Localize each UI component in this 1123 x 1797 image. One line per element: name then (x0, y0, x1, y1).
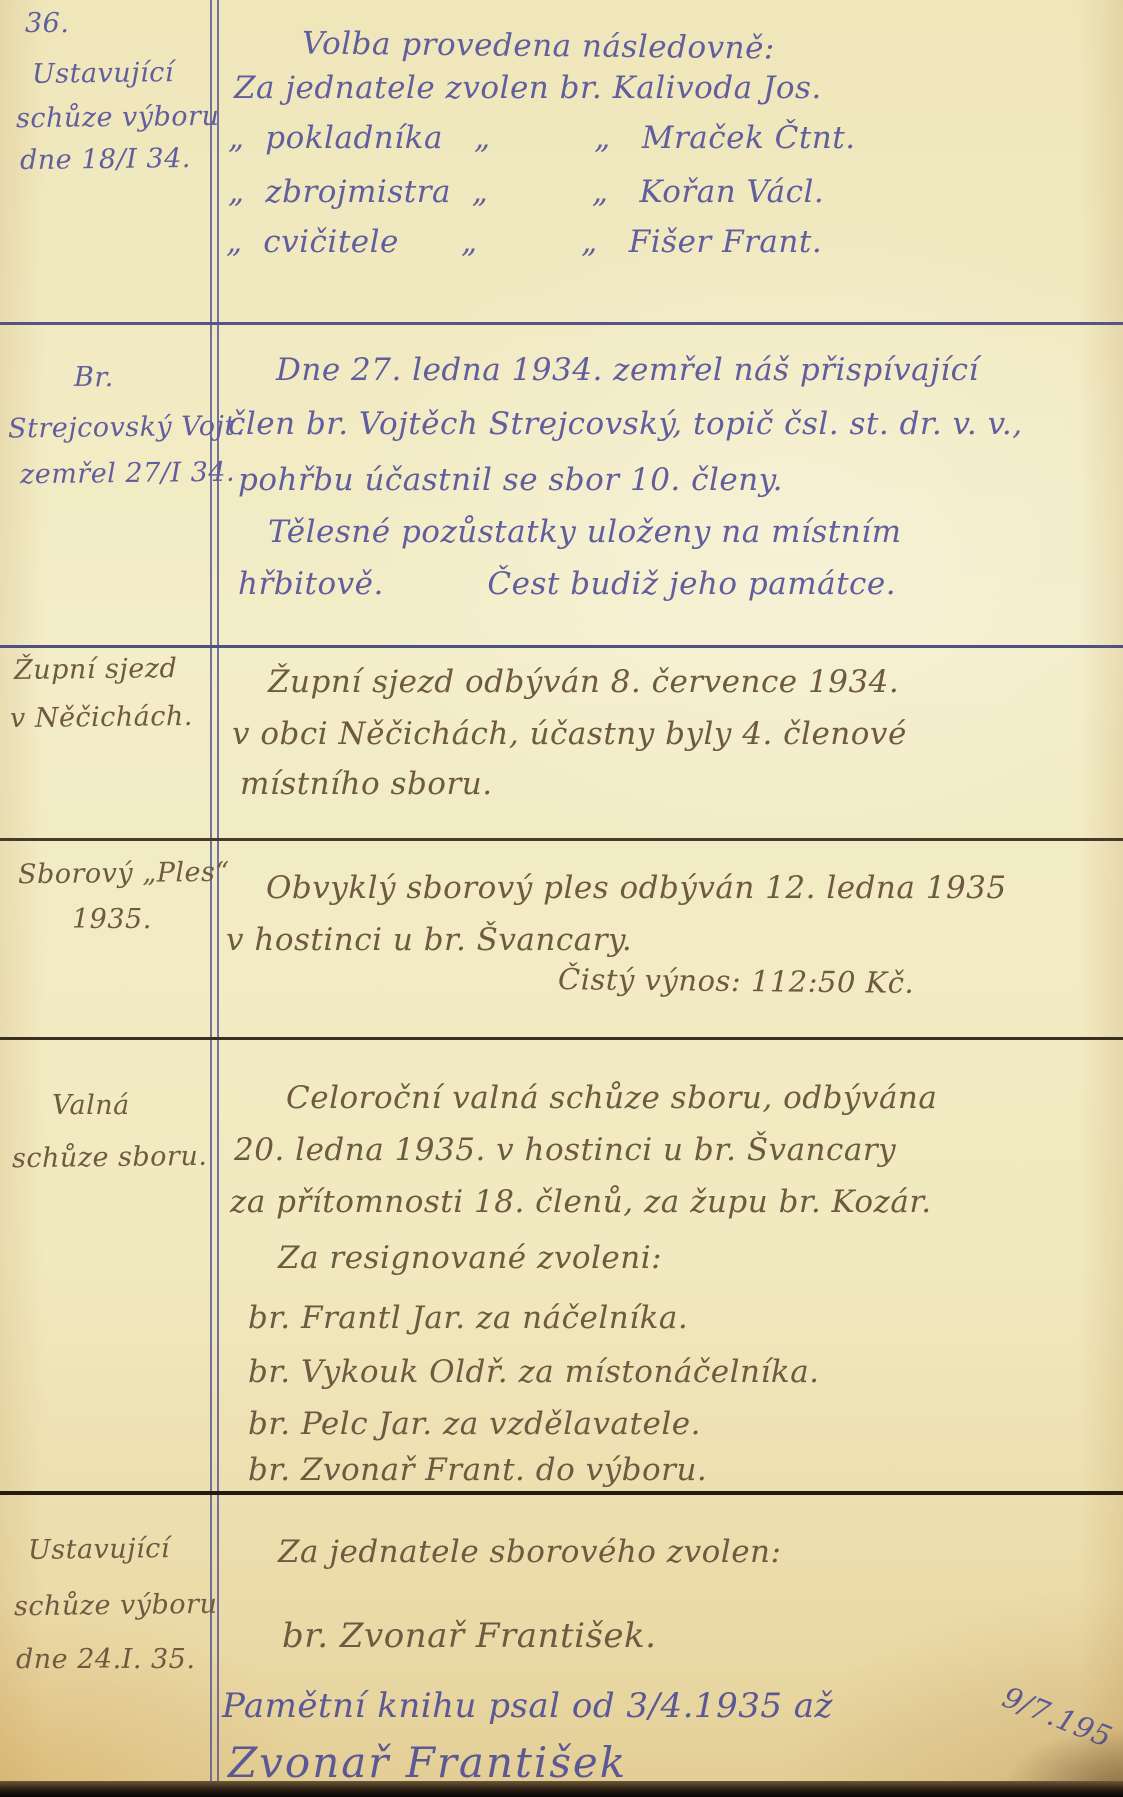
margin-note: zemřel 27/I 34. (20, 457, 235, 491)
margin-note: Strejcovský Vojt. (8, 411, 245, 445)
entry-line: Župní sjezd odbýván 8. července 1934. (268, 664, 899, 700)
entry-line: Celoroční valná schůze sboru, odbývána (286, 1080, 937, 1116)
margin-note: Župní sjezd (14, 653, 178, 686)
entry-line: za přítomnosti 18. členů, za župu br. Ko… (230, 1184, 932, 1220)
margin-note: Sborový „Ples“ (18, 857, 230, 891)
margin-note: schůze výboru (14, 1589, 218, 1622)
page-number: 36. (25, 8, 69, 39)
entry-line: Obvyklý sborový ples odbýván 12. ledna 1… (266, 870, 1007, 906)
margin-note: Ustavující (28, 1533, 170, 1566)
entry-line: „ cvičitele „ „ Fišer Frant. (226, 224, 822, 260)
entry-line: v obci Něčichách, účastny byly 4. členov… (232, 716, 907, 752)
chronicle-page: 36. Ustavující schůze výboru dne 18/I 34… (0, 0, 1123, 1797)
page-corner-shadow (1003, 1727, 1123, 1787)
margin-note: dne 18/I 34. (20, 143, 191, 176)
section-divider (0, 838, 1123, 841)
margin-note: schůze výboru (16, 101, 220, 134)
entry-line: Pamětní knihu psal od 3/4.1935 až (222, 1686, 833, 1726)
entry-line: Volba provedena následovně: (302, 26, 775, 67)
entry-line: pohřbu účastnil se sbor 10. členy. (238, 462, 783, 498)
entry-line: Dne 27. ledna 1934. zemřel náš přispívaj… (276, 352, 979, 388)
margin-note: schůze sboru. (12, 1141, 208, 1174)
entry-line: „ pokladníka „ „ Mraček Čtnt. (228, 120, 856, 156)
entry-line: br. Pelc Jar. za vzdělavatele. (248, 1406, 701, 1442)
section-divider (0, 322, 1123, 325)
entry-line: 20. ledna 1935. v hostinci u br. Švancar… (234, 1132, 896, 1168)
entry-line: Čistý výnos: 112:50 Kč. (558, 962, 915, 1000)
entry-line: místního sboru. (240, 766, 493, 802)
page-bottom-edge (0, 1781, 1123, 1797)
entry-line: Za jednatele sborového zvolen: (278, 1534, 781, 1570)
signature: Zvonař František (228, 1738, 627, 1787)
margin-note: dne 24.I. 35. (16, 1644, 195, 1675)
margin-note: Valná (52, 1090, 130, 1121)
entry-line: Za jednatele zvolen br. Kalivoda Jos. (234, 70, 822, 106)
section-divider (0, 1037, 1123, 1040)
entry-line: br. Vykouk Oldř. za místonáčelníka. (248, 1354, 820, 1390)
entry-line: „ zbrojmistra „ „ Kořan Václ. (228, 174, 824, 210)
section-divider (0, 645, 1123, 648)
entry-line: člen br. Vojtěch Strejcovský, topič čsl.… (228, 406, 1023, 442)
column-divider-line (217, 0, 219, 1797)
entry-line: Tělesné pozůstatky uloženy na místním (268, 514, 902, 550)
entry-line: br. Zvonař Frant. do výboru. (248, 1452, 707, 1488)
section-divider (0, 1491, 1123, 1495)
column-divider-line (210, 0, 212, 1797)
entry-line: br. Zvonař František. (282, 1616, 656, 1656)
margin-note: Br. (74, 362, 114, 393)
margin-note: Ustavující (32, 57, 174, 90)
entry-line: br. Frantl Jar. za náčelníka. (248, 1300, 688, 1336)
margin-note: 1935. (72, 904, 152, 935)
entry-line: v hostinci u br. Švancary. (226, 922, 632, 958)
margin-note: v Něčichách. (10, 701, 193, 734)
entry-line: hřbitově. Čest budiž jeho památce. (238, 566, 896, 602)
entry-line: Za resignované zvoleni: (278, 1240, 662, 1276)
